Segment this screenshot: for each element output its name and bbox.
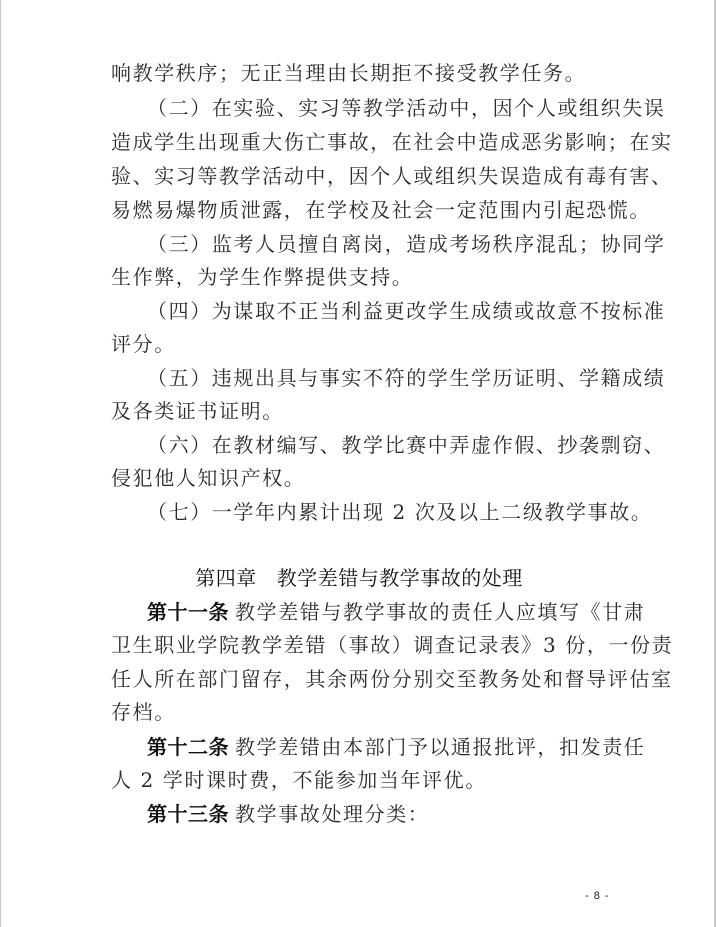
article-12-line: 人 2 学时课时费，不能参加当年评优。	[111, 768, 607, 792]
article-text: 教学事故处理分类：	[235, 802, 429, 826]
article-text: 教学差错与教学事故的责任人应填写《甘肃	[235, 600, 645, 624]
page-number: - 8 -	[585, 889, 610, 903]
item-3-line: 生作弊，为学生作弊提供支持。	[111, 265, 607, 289]
article-text: 教学差错由本部门予以通报批评，扣发责任	[235, 735, 645, 759]
item-4-line: （四）为谋取不正当利益更改学生成绩或故意不按标准	[147, 299, 643, 323]
chapter-heading: 第四章教学差错与教学事故的处理	[1, 566, 716, 590]
article-11-line: 任人所在部门留存，其余两份分别交至教务处和督导评估室	[111, 667, 607, 691]
item-5-line: （五）违规出具与事实不符的学生学历证明、学籍成绩	[147, 366, 643, 390]
item-2-line: 验、实习等教学活动中，因个人或组织失误造成有毒有害、	[111, 164, 607, 188]
item-6-line: （六）在教材编写、教学比赛中弄虚作假、抄袭剽窃、	[147, 433, 643, 457]
item-2-line: （二）在实验、实习等教学活动中，因个人或组织失误	[147, 96, 643, 120]
item-3-line: （三）监考人员擅自离岗，造成考场秩序混乱；协同学	[147, 232, 643, 256]
article-13: 第十三条教学事故处理分类：	[147, 802, 643, 826]
article-11-line: 卫生职业学院教学差错（事故）调查记录表》3 份，一份责	[111, 633, 607, 657]
item-7-line: （七）一学年内累计出现 2 次及以上二级教学事故。	[147, 500, 643, 524]
item-5-line: 及各类证书证明。	[111, 399, 607, 423]
article-label: 第十三条	[147, 802, 229, 826]
paragraph-line: 响教学秩序；无正当理由长期拒不接受教学任务。	[111, 61, 607, 85]
item-2-line: 造成学生出现重大伤亡事故，在社会中造成恶劣影响；在实	[111, 130, 607, 154]
chapter-number: 第四章	[195, 566, 257, 590]
document-page: 响教学秩序；无正当理由长期拒不接受教学任务。 （二）在实验、实习等教学活动中，因…	[0, 0, 716, 927]
article-11: 第十一条教学差错与教学事故的责任人应填写《甘肃	[147, 600, 643, 624]
article-label: 第十一条	[147, 600, 229, 624]
item-2-line: 易燃易爆物质泄露，在学校及社会一定范围内引起恐慌。	[111, 198, 607, 222]
item-6-line: 侵犯他人知识产权。	[111, 466, 607, 490]
article-12: 第十二条教学差错由本部门予以通报批评，扣发责任	[147, 735, 643, 759]
article-11-line: 存档。	[111, 700, 607, 724]
item-4-line: 评分。	[111, 332, 607, 356]
article-label: 第十二条	[147, 735, 229, 759]
chapter-title: 教学差错与教学事故的处理	[277, 566, 523, 590]
